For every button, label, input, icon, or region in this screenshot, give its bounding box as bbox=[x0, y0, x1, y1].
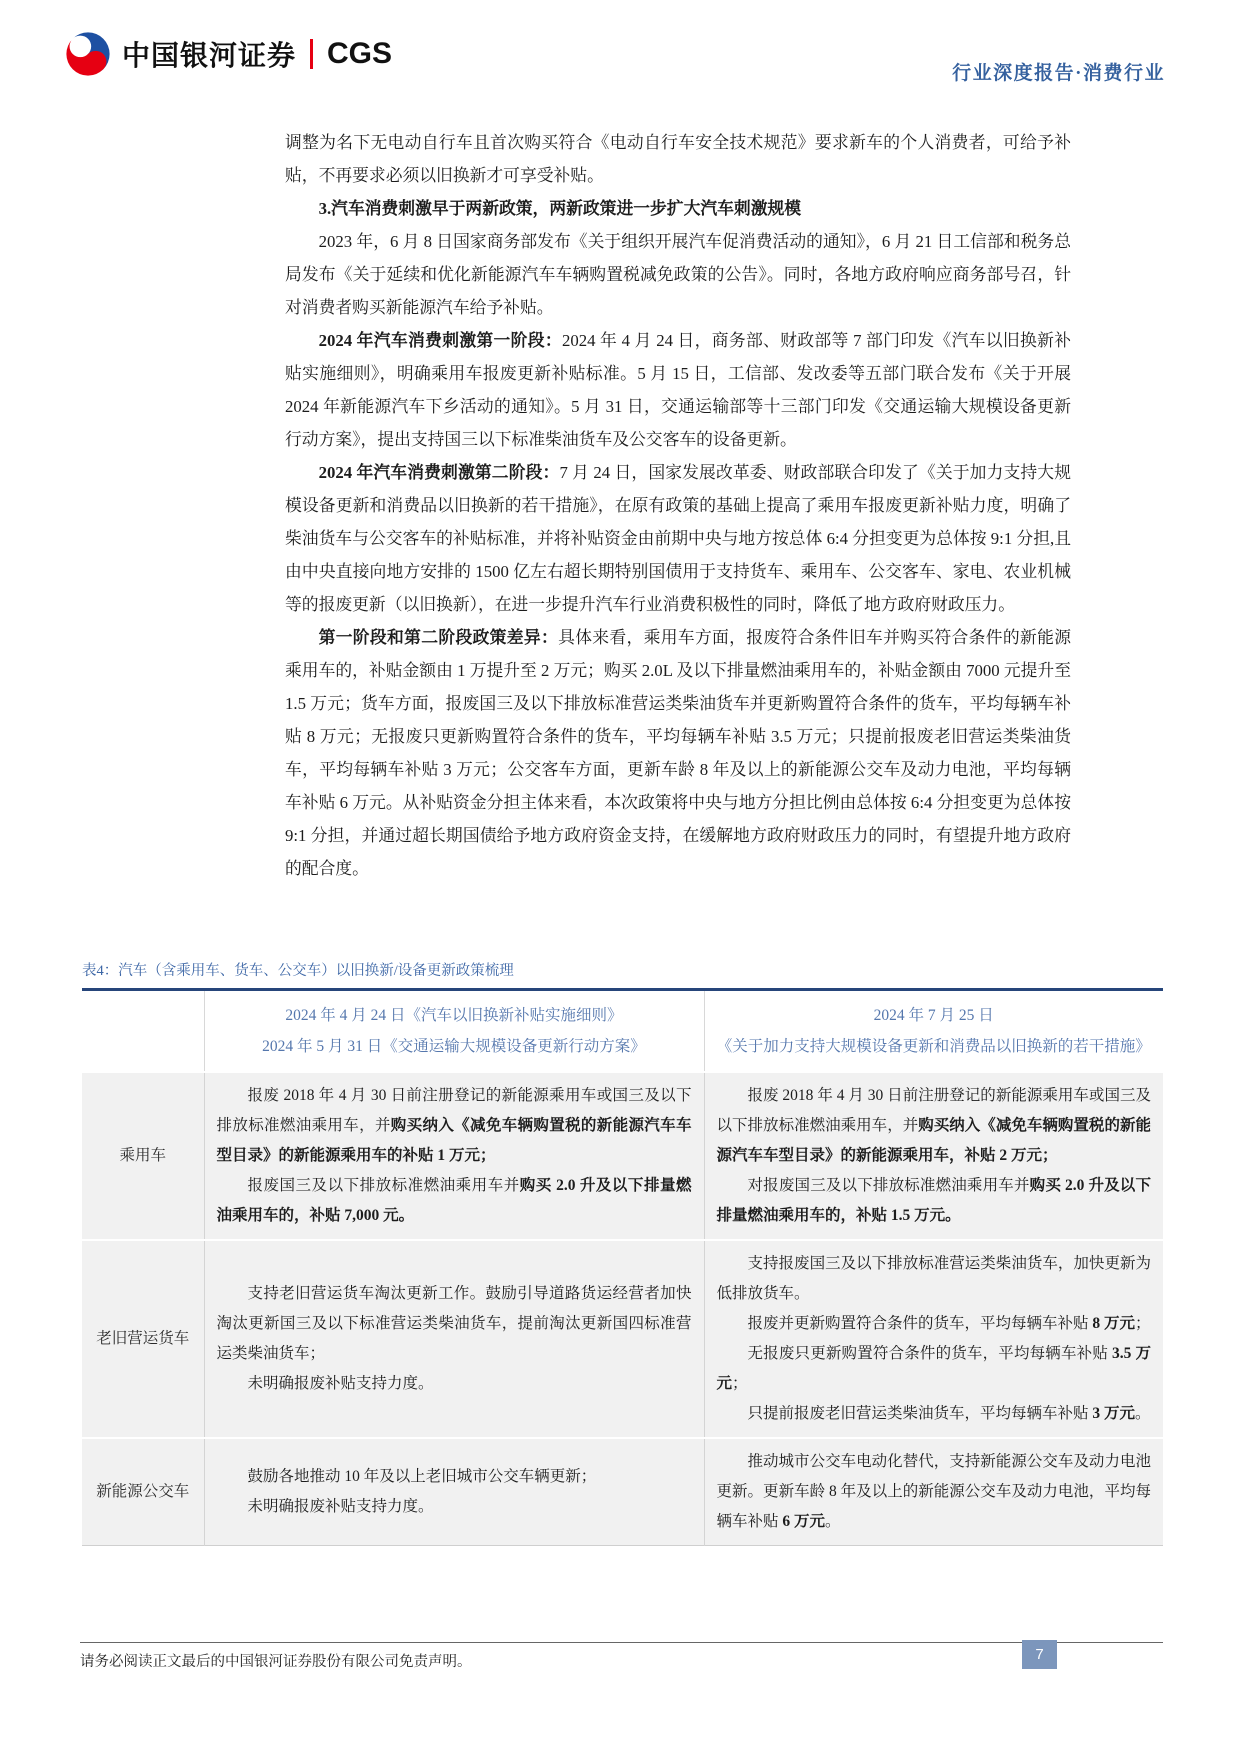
row-label: 乘用车 bbox=[82, 1072, 204, 1240]
phase2-date: 2024 年 7 月 25 日 bbox=[713, 1000, 1156, 1031]
paragraph-2023-policy: 2023 年，6 月 8 日国家商务部发布《关于组织开展汽车促消费活动的通知》，… bbox=[285, 225, 1071, 324]
logo-abbreviation: CGS bbox=[327, 37, 392, 71]
table-row-old-trucks: 老旧营运货车 支持老旧营运货车淘汰更新工作。鼓励引导道路货运经营者加快淘汰更新国… bbox=[82, 1240, 1163, 1438]
table-caption: 表4：汽车（含乘用车、货车、公交车）以旧换新/设备更新政策梳理 bbox=[82, 960, 1163, 982]
page-footer: 请务必阅读正文最后的中国银河证券股份有限公司免责声明。 7 bbox=[80, 1642, 1163, 1672]
stage2-lead: 2024 年汽车消费刺激第二阶段： bbox=[319, 463, 560, 482]
logo-divider bbox=[310, 39, 313, 69]
phase1-doc-line1: 2024 年 4 月 24 日《汽车以旧换新补贴实施细则》 bbox=[213, 1000, 696, 1031]
page-number-badge: 7 bbox=[1022, 1640, 1057, 1669]
table-row-ev-bus: 新能源公交车 鼓励各地推动 10 年及以上老旧城市公交车辆更新；未明确报废补贴支… bbox=[82, 1438, 1163, 1546]
section-heading-3: 3.汽车消费刺激早于两新政策，两新政策进一步扩大汽车刺激规模 bbox=[285, 192, 1071, 225]
phase1-doc-line2: 2024 年 5 月 31 日《交通运输大规模设备更新行动方案》 bbox=[213, 1031, 696, 1062]
row-label: 新能源公交车 bbox=[82, 1438, 204, 1546]
paragraph-stage2: 2024 年汽车消费刺激第二阶段：7 月 24 日，国家发展改革委、财政部联合印… bbox=[285, 456, 1071, 621]
row-label: 老旧营运货车 bbox=[82, 1240, 204, 1438]
logo-company-name: 中国银河证券 bbox=[122, 34, 296, 74]
disclaimer-text: 请务必阅读正文最后的中国银河证券股份有限公司免责声明。 bbox=[80, 1643, 1163, 1672]
header-cell-phase2: 2024 年 7 月 25 日 《关于加力支持大规模设备更新和消费品以旧换新的若… bbox=[704, 990, 1163, 1073]
old-trucks-phase2-cell: 支持报废国三及以下排放标准营运类柴油货车，加快更新为低排放货车。报废并更新购置符… bbox=[717, 1249, 1152, 1429]
policy-table-section: 表4：汽车（含乘用车、货车、公交车）以旧换新/设备更新政策梳理 2024 年 4… bbox=[82, 960, 1163, 1546]
stage2-text: 7 月 24 日，国家发展改革委、财政部联合印发了《关于加力支持大规模设备更新和… bbox=[285, 463, 1071, 614]
paragraph-stage1: 2024 年汽车消费刺激第一阶段：2024 年 4 月 24 日，商务部、财政部… bbox=[285, 324, 1071, 456]
table-row-passenger-car: 乘用车 报废 2018 年 4 月 30 日前注册登记的新能源乘用车或国三及以下… bbox=[82, 1072, 1163, 1240]
old-trucks-phase1-cell: 支持老旧营运货车淘汰更新工作。鼓励引导道路货运经营者加快淘汰更新国三及以下标准营… bbox=[217, 1279, 692, 1399]
difference-text: 具体来看，乘用车方面，报废符合条件旧车并购买符合条件的新能源乘用车的，补贴金额由… bbox=[285, 628, 1071, 878]
galaxy-logo-icon bbox=[64, 30, 112, 78]
report-page: 中国银河证券 CGS 行业深度报告·消费行业 调整为名下无电动自行车且首次购买符… bbox=[0, 0, 1241, 1754]
ev-bus-phase2-cell: 推动城市公交车电动化替代，支持新能源公交车及动力电池更新。更新车龄 8 年及以上… bbox=[717, 1447, 1152, 1537]
passenger-car-phase1-cell: 报废 2018 年 4 月 30 日前注册登记的新能源乘用车或国三及以下排放标准… bbox=[217, 1081, 692, 1231]
difference-lead: 第一阶段和第二阶段政策差异： bbox=[319, 628, 559, 647]
phase2-doc: 《关于加力支持大规模设备更新和消费品以旧换新的若干措施》 bbox=[713, 1031, 1156, 1062]
policy-table: 2024 年 4 月 24 日《汽车以旧换新补贴实施细则》 2024 年 5 月… bbox=[82, 988, 1163, 1546]
passenger-car-phase2-cell: 报废 2018 年 4 月 30 日前注册登记的新能源乘用车或国三及以下排放标准… bbox=[717, 1081, 1152, 1231]
header: 中国银河证券 CGS bbox=[64, 30, 392, 78]
table-header-row: 2024 年 4 月 24 日《汽车以旧换新补贴实施细则》 2024 年 5 月… bbox=[82, 990, 1163, 1073]
paragraph-continuation: 调整为名下无电动自行车且首次购买符合《电动自行车安全技术规范》要求新车的个人消费… bbox=[285, 126, 1071, 192]
paragraph-stage-difference: 第一阶段和第二阶段政策差异：具体来看，乘用车方面，报废符合条件旧车并购买符合条件… bbox=[285, 621, 1071, 885]
header-cell-phase1: 2024 年 4 月 24 日《汽车以旧换新补贴实施细则》 2024 年 5 月… bbox=[204, 990, 704, 1073]
report-type-label: 行业深度报告·消费行业 bbox=[952, 58, 1165, 85]
ev-bus-phase1-cell: 鼓励各地推动 10 年及以上老旧城市公交车辆更新；未明确报废补贴支持力度。 bbox=[217, 1462, 692, 1522]
stage1-lead: 2024 年汽车消费刺激第一阶段： bbox=[319, 331, 562, 350]
body-text-section: 调整为名下无电动自行车且首次购买符合《电动自行车安全技术规范》要求新车的个人消费… bbox=[285, 126, 1071, 885]
header-cell-empty bbox=[82, 990, 204, 1073]
